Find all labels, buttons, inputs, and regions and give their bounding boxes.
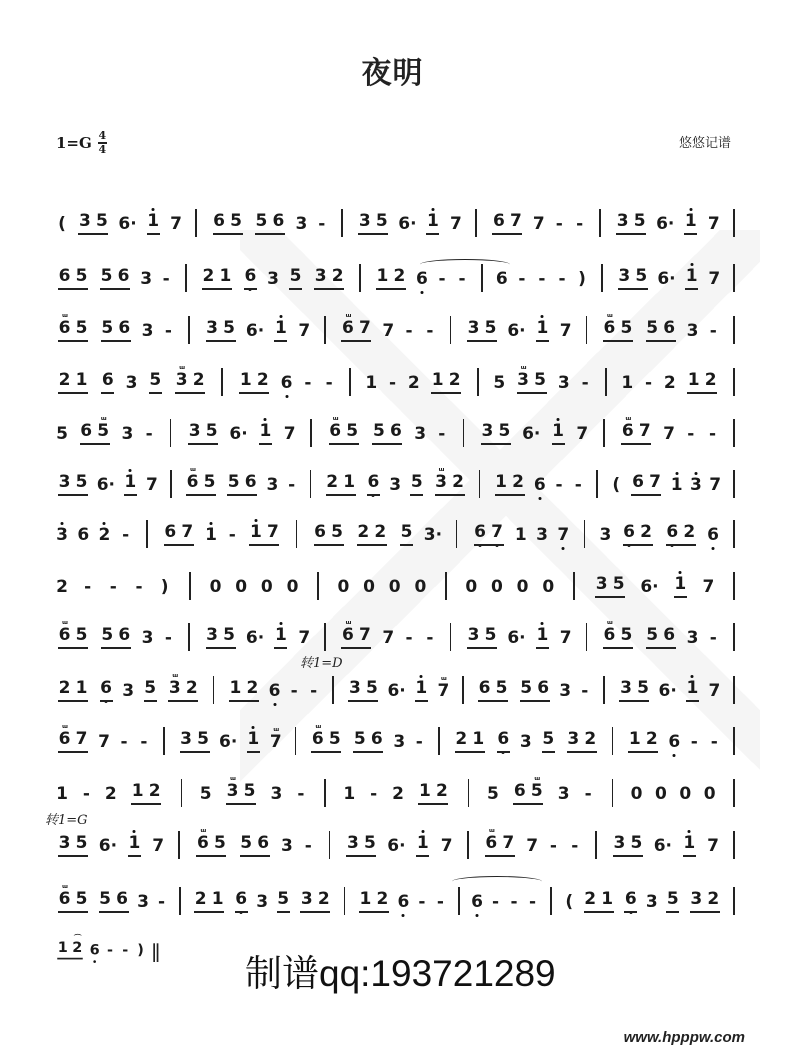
repeat-paren: ) <box>576 269 589 293</box>
low-octave-dot <box>249 288 252 291</box>
note: 6· <box>656 214 674 238</box>
note: 3 <box>686 321 699 345</box>
barline <box>603 676 605 704</box>
barline <box>462 676 464 704</box>
note: 6 <box>268 681 281 705</box>
note: 5 <box>227 472 240 496</box>
note: 3 <box>125 373 138 397</box>
note: 3 <box>300 889 313 913</box>
barline <box>181 779 183 807</box>
note: 5 <box>213 833 226 857</box>
note: 3 <box>557 784 570 808</box>
barline <box>463 419 465 447</box>
trill-mark: ᵚ <box>607 615 612 635</box>
barline <box>324 779 326 807</box>
eighth-note-group: 35 <box>56 472 90 499</box>
note: 3 <box>266 475 279 499</box>
note: 3 <box>559 681 572 705</box>
eighth-note-group: 6ᵚ5 <box>184 472 218 499</box>
repeat-paren: ( <box>563 892 576 916</box>
note: 3 <box>595 574 608 598</box>
note: 6· <box>522 424 540 448</box>
note: 7 <box>170 214 183 238</box>
hold-dash: - <box>301 373 314 397</box>
note: 1 <box>57 939 68 959</box>
note: 6 <box>80 421 93 445</box>
low-octave-dot <box>273 703 276 706</box>
barline <box>733 264 735 292</box>
barline <box>733 623 735 651</box>
trill-mark: ᵚ <box>62 719 67 739</box>
note: 6 <box>118 318 131 342</box>
note: 6 <box>533 475 546 499</box>
eighth-note-group: 32 <box>688 889 722 916</box>
note: 1 <box>416 833 429 857</box>
note: 2 <box>704 370 717 394</box>
barline <box>189 572 191 600</box>
note: 3 <box>206 625 219 649</box>
note: 6 <box>257 833 270 857</box>
note: 0 <box>654 784 667 808</box>
note: 7 <box>440 836 453 860</box>
note: 7 <box>75 729 88 753</box>
score-line: (356·1765563-356·17677--356·17 <box>53 198 743 238</box>
note: 3 <box>557 373 570 397</box>
note: 7 <box>491 522 504 546</box>
note: 6· <box>507 628 525 652</box>
eighth-note-group: 12 <box>129 781 163 808</box>
hold-dash: - <box>285 475 298 499</box>
eighth-note-group: 6ᵚ5 <box>601 625 635 652</box>
note: 3 <box>140 269 153 293</box>
note: 2 <box>192 370 205 394</box>
eighth-note-group: 6ᵚ7 <box>56 729 90 756</box>
eighth-note-group: 6ᵚ7 <box>483 833 517 860</box>
eighth-note-group: 67 <box>472 522 506 549</box>
barline <box>295 727 297 755</box>
barline <box>310 419 312 447</box>
note: 6ᵚ <box>311 729 324 753</box>
eighth-note-group: 35 <box>614 211 648 238</box>
barline <box>612 779 614 807</box>
note: 0 <box>516 577 529 601</box>
eighth-note-group: 5 <box>408 472 425 499</box>
note: 6 <box>213 211 226 235</box>
note: 1 <box>686 678 699 702</box>
barline <box>456 520 458 548</box>
eighth-note-group: 6 <box>495 729 512 756</box>
score-line: 6ᵚ77--356·17ᵚ6ᵚ5563-2163532126-- <box>53 716 743 756</box>
high-octave-dot <box>264 418 267 421</box>
note: 5 <box>635 266 648 290</box>
note: 1 <box>621 373 634 397</box>
note: 2 <box>194 889 207 913</box>
eighth-note-group: 12 <box>374 266 408 293</box>
hold-dash: - <box>642 373 655 397</box>
barline <box>310 470 312 498</box>
high-octave-dot <box>129 469 132 472</box>
barline <box>185 264 187 292</box>
note: 3 <box>616 211 629 235</box>
eighth-note-group: 21 <box>582 889 616 916</box>
note: 1 <box>684 211 697 235</box>
hold-dash: - <box>553 214 566 238</box>
note: 3 <box>137 892 150 916</box>
note: 7ᵚ <box>269 732 282 756</box>
note: 3 <box>690 889 703 913</box>
note: 6ᵚ <box>485 833 498 857</box>
note: 7 <box>663 424 676 448</box>
note: 5 <box>646 625 659 649</box>
note: 3 <box>280 836 293 860</box>
eighth-note-group: 65 <box>211 211 245 238</box>
high-octave-dot <box>691 675 694 678</box>
note: 6· <box>246 321 264 345</box>
note: 3 <box>267 269 280 293</box>
eighth-note-group: 32 <box>565 729 599 756</box>
eighth-note-group: 3ᵚ5 <box>515 370 549 397</box>
eighth-note-group: 62 <box>664 522 698 549</box>
low-octave-dot <box>93 960 96 963</box>
repeat-paren: ) <box>135 942 146 962</box>
note: 1 <box>431 370 444 394</box>
eighth-note-group: 5 <box>287 266 304 293</box>
note: 5 <box>75 266 88 290</box>
note: 7 <box>382 321 395 345</box>
eighth-note-group: 56 <box>351 729 385 756</box>
note: 5 <box>101 625 114 649</box>
hold-dash: - <box>707 628 720 652</box>
barline <box>324 623 326 651</box>
note: 1 <box>628 729 641 753</box>
trill-mark: ᵚ <box>521 360 526 380</box>
note: 6ᵚ <box>329 421 342 445</box>
note: 6 <box>624 889 637 913</box>
note: 6· <box>387 681 405 705</box>
barline <box>733 368 735 396</box>
note: 3 <box>348 678 361 702</box>
eighth-note-group: 6 <box>242 266 259 293</box>
hold-dash: - <box>117 732 130 756</box>
eighth-note-group: 35 <box>479 421 513 448</box>
note: 5 <box>630 833 643 857</box>
note: 0 <box>388 577 401 601</box>
eighth-note-group: 1 <box>550 421 567 448</box>
note: 0 <box>260 577 273 601</box>
note: 3 <box>393 732 406 756</box>
hold-dash: - <box>413 732 426 756</box>
note: 6 <box>100 678 113 702</box>
note: 7 <box>266 522 279 546</box>
eighth-note-group: 1 <box>672 574 689 601</box>
hold-dash: - <box>535 269 548 293</box>
note: 3 <box>467 625 480 649</box>
barline <box>332 676 334 704</box>
note: 6 <box>117 266 130 290</box>
score-line: 356·176ᵚ5563-356·176ᵚ77--356·17 <box>53 820 743 860</box>
note: 5 <box>520 678 533 702</box>
eighth-note-group: 6ᵚ5 <box>327 421 361 448</box>
note: 7 <box>702 577 715 601</box>
note: 6· <box>657 269 675 293</box>
note: 5 <box>331 522 344 546</box>
time-signature-top: 4 <box>99 131 107 141</box>
note: 5 <box>400 522 413 546</box>
note: 7 <box>526 836 539 860</box>
trill-mark: ᵚ <box>230 771 235 791</box>
hold-dash: - <box>707 321 720 345</box>
note: 6· <box>219 732 237 756</box>
note: 1 <box>219 266 232 290</box>
high-octave-dot <box>133 830 136 833</box>
note: 6 <box>478 678 491 702</box>
low-octave-dot <box>479 544 482 547</box>
hold-dash: - <box>107 577 120 601</box>
note: 1 <box>229 678 242 702</box>
note: 6ᵚ <box>341 625 354 649</box>
note: 5 <box>56 424 69 448</box>
note: 6 <box>367 472 380 496</box>
note: 3 <box>599 525 612 549</box>
note: 2 <box>435 781 448 805</box>
note: 5 <box>363 833 376 857</box>
website-link[interactable]: www.hpppw.com <box>624 1029 745 1046</box>
hold-dash: - <box>582 784 595 808</box>
note: 3 <box>618 266 631 290</box>
barline <box>477 368 479 396</box>
note: 6 <box>397 892 410 916</box>
high-octave-dot <box>252 726 255 729</box>
note: 5 <box>484 318 497 342</box>
hold-dash: - <box>302 836 315 860</box>
final-barline <box>153 943 154 962</box>
note: 5 <box>205 421 218 445</box>
eighth-note-group: 35 <box>611 833 645 860</box>
barline <box>163 727 165 755</box>
low-octave-dot <box>502 751 505 754</box>
note: 6ᵚ <box>58 889 71 913</box>
hold-dash: - <box>489 892 502 916</box>
eighth-note-group: 35 <box>346 678 380 705</box>
note: 2 <box>584 729 597 753</box>
hold-dash: - <box>226 525 239 549</box>
note: 0 <box>337 577 350 601</box>
note: 1 <box>247 729 260 753</box>
note: 5 <box>75 833 88 857</box>
note: 6 <box>89 942 100 962</box>
note: 2 <box>392 784 405 808</box>
eighth-note-group: 21 <box>56 370 90 397</box>
barline <box>450 623 452 651</box>
note: 2 <box>374 522 387 546</box>
hold-dash: - <box>508 892 521 916</box>
high-octave-dot <box>103 522 106 525</box>
eighth-note-group: 6ᵚ7 <box>619 421 653 448</box>
note: 7 <box>648 472 661 496</box>
eighth-note-group: 56 <box>97 889 131 916</box>
eighth-note-group: 5 <box>142 678 159 705</box>
note: 7 <box>152 836 165 860</box>
note: 6 <box>116 889 129 913</box>
barline <box>188 316 190 344</box>
eighth-note-group: 35 <box>204 625 238 652</box>
eighth-note-group: 62 <box>621 522 655 549</box>
eighth-note-group: 56 <box>370 421 404 448</box>
high-octave-dot <box>420 675 423 678</box>
barline <box>733 887 735 915</box>
eighth-note-group: 35 <box>344 833 378 860</box>
eighth-note-group: 12 <box>237 370 271 397</box>
high-octave-dot <box>690 263 693 266</box>
hold-dash: - <box>573 214 586 238</box>
barline <box>445 572 447 600</box>
note: 3 <box>58 472 71 496</box>
note: 1 <box>211 889 224 913</box>
high-octave-dot <box>279 622 282 625</box>
note: 3 <box>536 525 549 549</box>
eighth-note-group: 6ᵚ5 <box>56 318 90 345</box>
hold-dash: - <box>80 784 93 808</box>
high-octave-dot <box>675 472 678 475</box>
hold-dash: - <box>515 269 528 293</box>
high-octave-dot <box>152 208 155 211</box>
note: 5 <box>620 318 633 342</box>
note: 1 <box>426 211 439 235</box>
note: 1 <box>552 421 565 445</box>
high-octave-dot <box>431 208 434 211</box>
barline <box>612 727 614 755</box>
trill-mark: ᵚ <box>625 411 630 431</box>
note: 6 <box>389 421 402 445</box>
barline <box>733 316 735 344</box>
note: 2 <box>246 678 259 702</box>
note: 3 <box>141 321 154 345</box>
high-octave-dot <box>694 472 697 475</box>
low-octave-dot <box>562 547 565 550</box>
tie-slur <box>452 876 542 887</box>
note: 2 <box>331 266 344 290</box>
note: 5 <box>666 889 679 913</box>
note: 1 <box>536 625 549 649</box>
hold-dash: - <box>403 628 416 652</box>
note: 6 <box>280 373 293 397</box>
hold-dash: - <box>688 732 701 756</box>
barline <box>733 470 735 498</box>
barline <box>179 887 181 915</box>
eighth-note-group: 12 <box>227 678 261 705</box>
note: 3 <box>188 421 201 445</box>
note: 1 <box>343 784 356 808</box>
note: 5 <box>375 211 388 235</box>
note: 2 <box>58 370 71 394</box>
note: 6· <box>398 214 416 238</box>
note: 2 <box>707 889 720 913</box>
note: 2 <box>58 678 71 702</box>
note: 2 <box>512 472 525 496</box>
eighth-note-group: 56 <box>99 625 133 652</box>
low-octave-dot <box>402 914 405 917</box>
score-line: 565ᵚ3-356·176ᵚ5563-356·176ᵚ77-- <box>53 408 743 448</box>
note: 1 <box>601 889 614 913</box>
barline <box>221 368 223 396</box>
note: 2 <box>645 729 658 753</box>
barline <box>733 727 735 755</box>
note: 6· <box>118 214 136 238</box>
note: 3 <box>481 421 494 445</box>
hold-dash: - <box>706 424 719 448</box>
key-signature: 1=G 4 4 <box>56 131 107 155</box>
eighth-note-group: 6ᵚ7 <box>339 625 373 652</box>
hold-dash: - <box>162 321 175 345</box>
hold-dash: - <box>307 681 320 705</box>
trill-mark: ᵚ <box>190 462 195 482</box>
note: 3 <box>56 525 69 549</box>
note: 5 <box>277 889 290 913</box>
eighth-note-group: 1 <box>413 678 430 705</box>
eighth-note-group: 17 <box>247 522 281 549</box>
note: 5 <box>75 472 88 496</box>
eighth-note-group: 1 <box>272 625 289 652</box>
note: 1 <box>365 373 378 397</box>
note: 1 <box>359 889 372 913</box>
note: 6 <box>474 522 487 546</box>
hold-dash: - <box>547 836 560 860</box>
eighth-note-group: 56 <box>253 211 287 238</box>
note: 1 <box>75 370 88 394</box>
eighth-note-group: 1 <box>534 625 551 652</box>
score-line: 2---)000000000000356·17 <box>53 561 743 601</box>
barline <box>467 831 469 859</box>
trill-mark: ᵚ <box>345 308 350 328</box>
note: 6 <box>370 729 383 753</box>
trill-mark: ᵚ <box>172 668 177 688</box>
note: 6 <box>164 522 177 546</box>
note: 5ᵚ <box>530 781 543 805</box>
high-octave-dot <box>279 315 282 318</box>
hold-dash: - <box>684 424 697 448</box>
hold-dash: - <box>423 628 436 652</box>
note: 5 <box>75 318 88 342</box>
eighth-note-group: 6 <box>99 370 116 397</box>
note: 7 <box>709 475 722 499</box>
eighth-note-group: 35 <box>76 211 110 238</box>
barline <box>733 831 735 859</box>
eighth-note-group: 1 <box>257 421 274 448</box>
barline <box>733 779 735 807</box>
trill-mark: ᵚ <box>101 411 106 431</box>
note: 6ᵚ <box>58 729 71 753</box>
note: 6· <box>246 628 264 652</box>
barline <box>195 209 197 237</box>
low-octave-dot <box>476 914 479 917</box>
eighth-note-group: 1 <box>684 678 701 705</box>
hold-dash: - <box>160 269 173 293</box>
eighth-note-group: 1 <box>272 318 289 345</box>
eighth-note-group: 1 <box>145 211 162 238</box>
note: 7 <box>708 269 721 293</box>
note: 6· <box>97 475 115 499</box>
barline <box>475 209 477 237</box>
barline <box>733 676 735 704</box>
note: 5ᵚ <box>97 421 110 445</box>
eighth-note-group: 6 <box>233 889 250 916</box>
note: 1 <box>56 784 69 808</box>
hold-dash: - <box>403 321 416 345</box>
note: 1 <box>674 574 687 598</box>
note: 0 <box>679 784 692 808</box>
eighth-note-group: 65ᵚ <box>511 781 545 808</box>
barline <box>584 520 586 548</box>
